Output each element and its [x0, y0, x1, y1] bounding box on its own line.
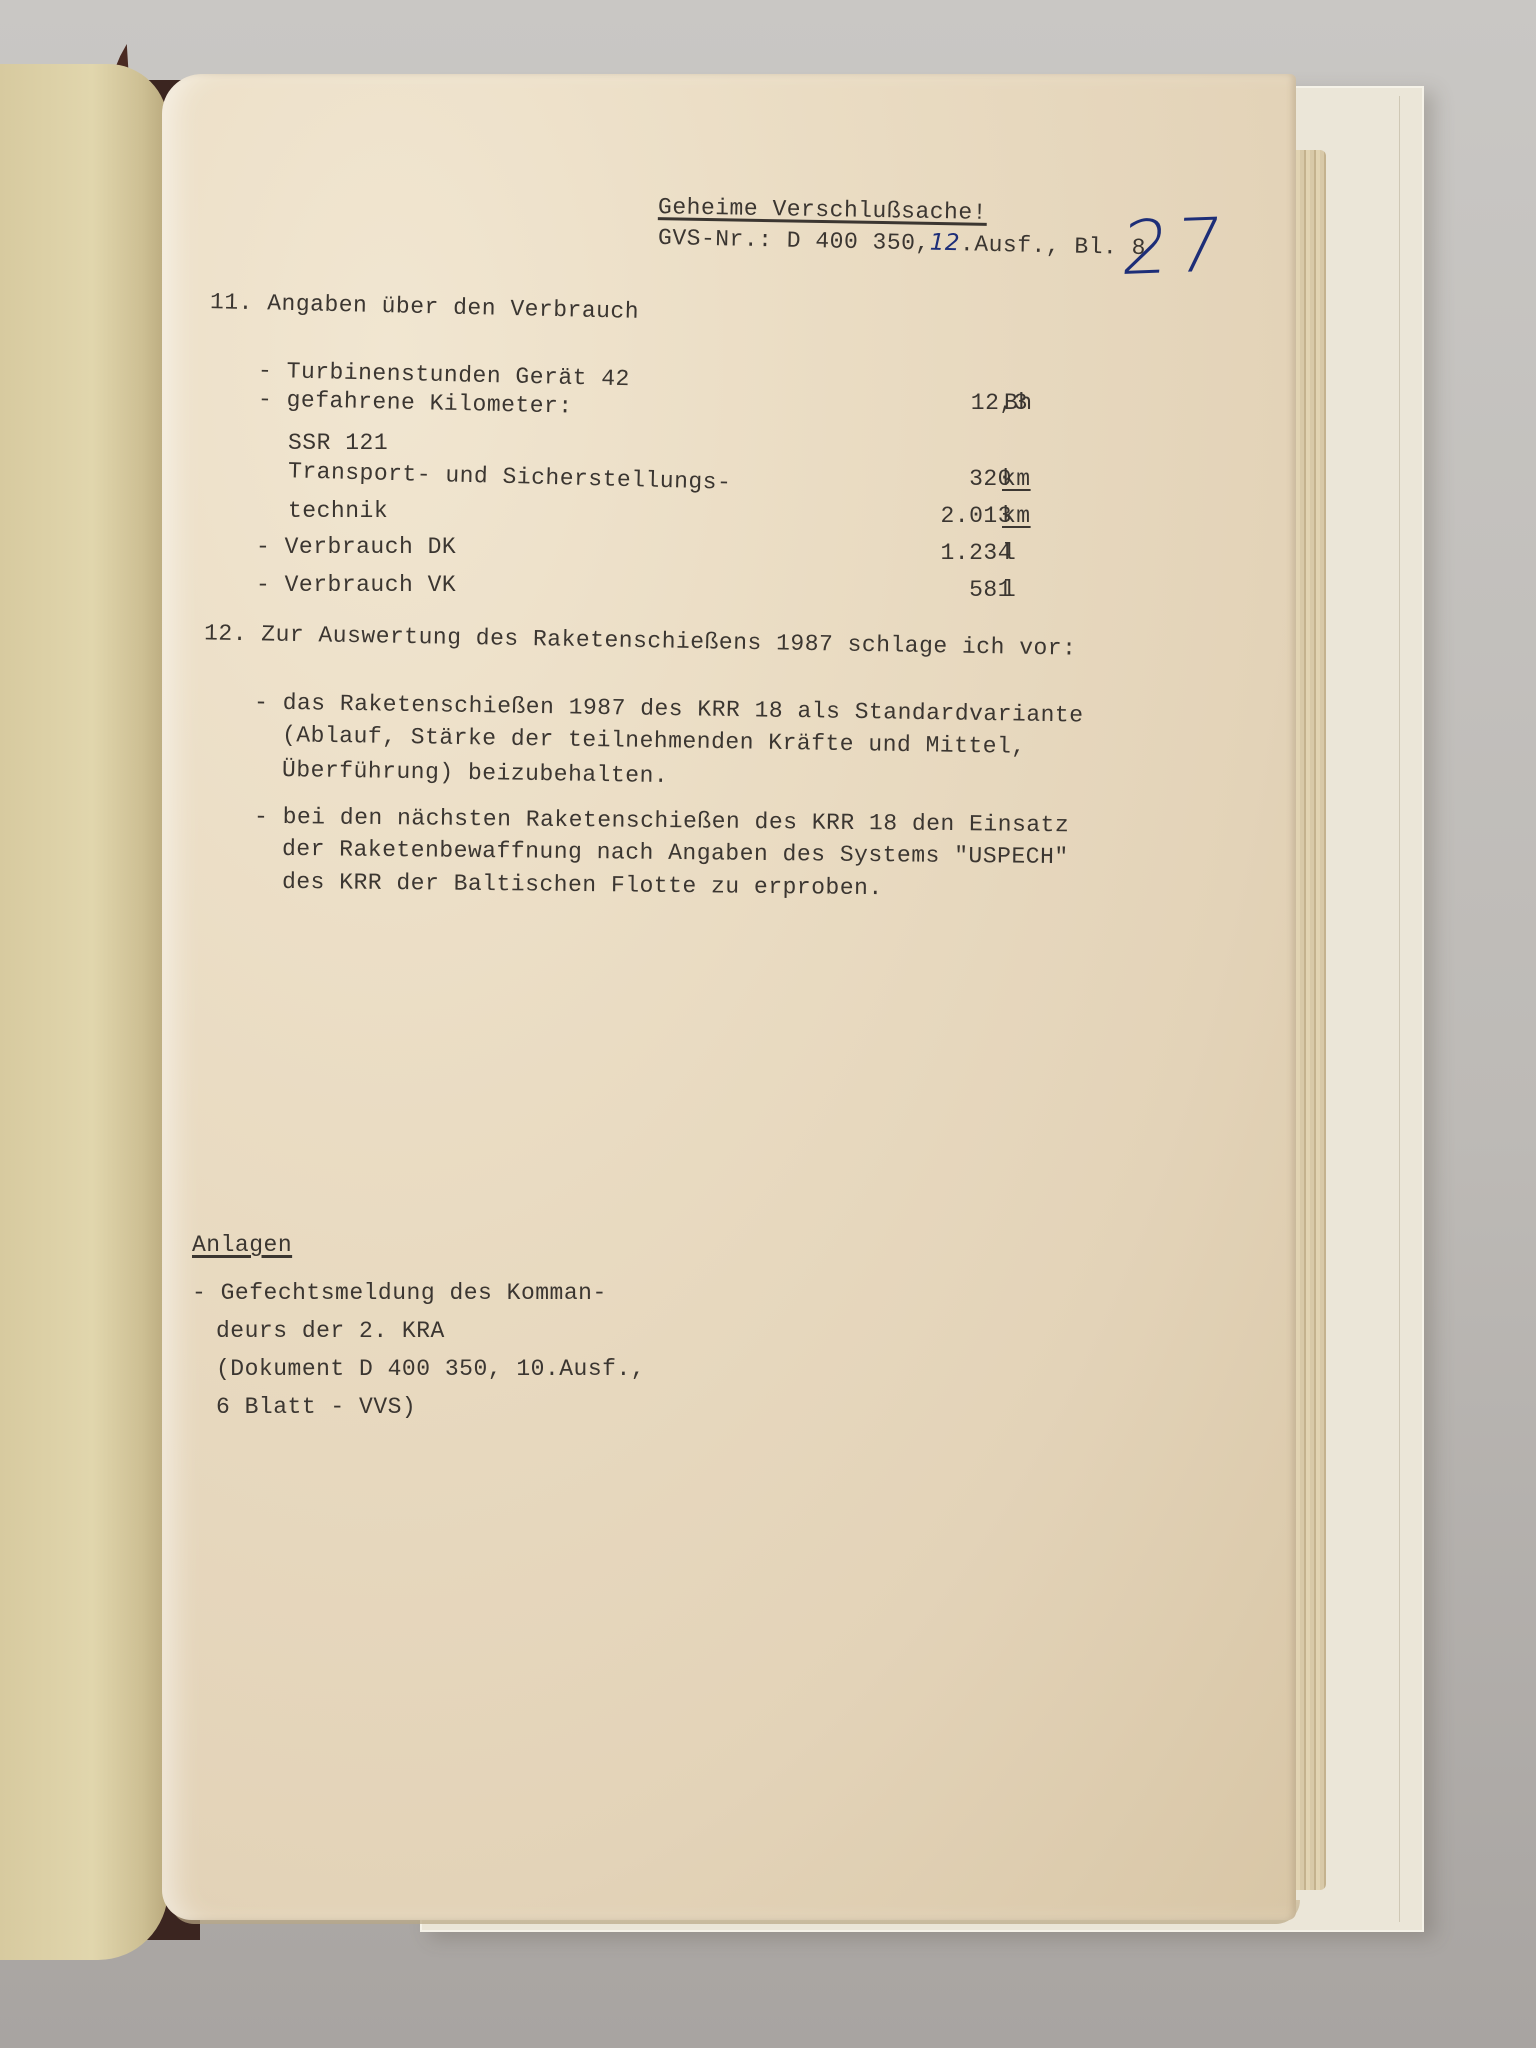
unit-ssr121: km — [1002, 468, 1031, 491]
gvs-prefix: GVS-Nr.: D 400 350, — [658, 225, 930, 257]
proposal-1-line-3: Überführung) beizubehalten. — [282, 759, 668, 788]
gvs-copy-handwritten: 12 — [929, 230, 960, 257]
unit-turbine-hours: Bh — [1004, 392, 1033, 415]
attachment-line-2: deurs der 2. KRA — [216, 1320, 445, 1343]
proposal-1-line-2: (Ablauf, Stärke der teilnehmenden Kräfte… — [282, 724, 1026, 759]
proposal-2-line-1: - bei den nächsten Raketenschießen des K… — [254, 806, 1069, 838]
proposal-2-line-3: des KRR der Baltischen Flotte zu erprobe… — [282, 871, 883, 900]
gvs-suffix: .Ausf., Bl. 8 — [960, 231, 1146, 261]
item-consumption-dk: - Verbrauch DK — [256, 536, 456, 559]
value-transport: 2.013 — [912, 505, 1012, 528]
gvs-number: GVS-Nr.: D 400 350,12.Ausf., Bl. 8 — [658, 226, 1146, 260]
unit-transport: km — [1002, 505, 1031, 528]
classification-stamp: Geheime Verschlußsache! — [658, 196, 987, 225]
unit-consumption-dk: l — [1002, 542, 1016, 565]
section-12-heading: 12. Zur Auswertung des Raketenschießens … — [204, 622, 1077, 660]
left-page-curl — [0, 64, 168, 1960]
attachment-line-3: (Dokument D 400 350, 10.Ausf., — [216, 1358, 645, 1381]
item-transport: Transport- und Sicherstellungs- — [288, 460, 732, 495]
attachments-heading: Anlagen — [192, 1234, 292, 1257]
proposal-1-line-1: - das Raketenschießen 1987 des KRR 18 al… — [254, 691, 1084, 727]
value-consumption-vk: 581 — [912, 579, 1012, 602]
attachment-line-1: - Gefechtsmeldung des Komman- — [192, 1282, 607, 1305]
item-ssr121: SSR 121 — [288, 432, 388, 455]
item-consumption-vk: - Verbrauch VK — [256, 574, 456, 597]
value-consumption-dk: 1.234 — [912, 542, 1012, 565]
item-km-driven: - gefahrene Kilometer: — [258, 388, 573, 418]
document-page: Geheime Verschlußsache! GVS-Nr.: D 400 3… — [162, 74, 1296, 1920]
handwritten-page-number: 27 — [1117, 202, 1232, 292]
value-ssr121: 320 — [912, 468, 1012, 491]
item-transport-cont: technik — [288, 500, 388, 523]
proposal-2-line-2: der Raketenbewaffnung nach Angaben des S… — [282, 838, 1069, 869]
unit-consumption-vk: l — [1002, 579, 1016, 602]
item-turbine-hours: - Turbinenstunden Gerät 42 — [258, 360, 630, 391]
section-11-heading: 11. Angaben über den Verbrauch — [210, 291, 639, 324]
attachment-line-4: 6 Blatt - VVS) — [216, 1396, 416, 1419]
